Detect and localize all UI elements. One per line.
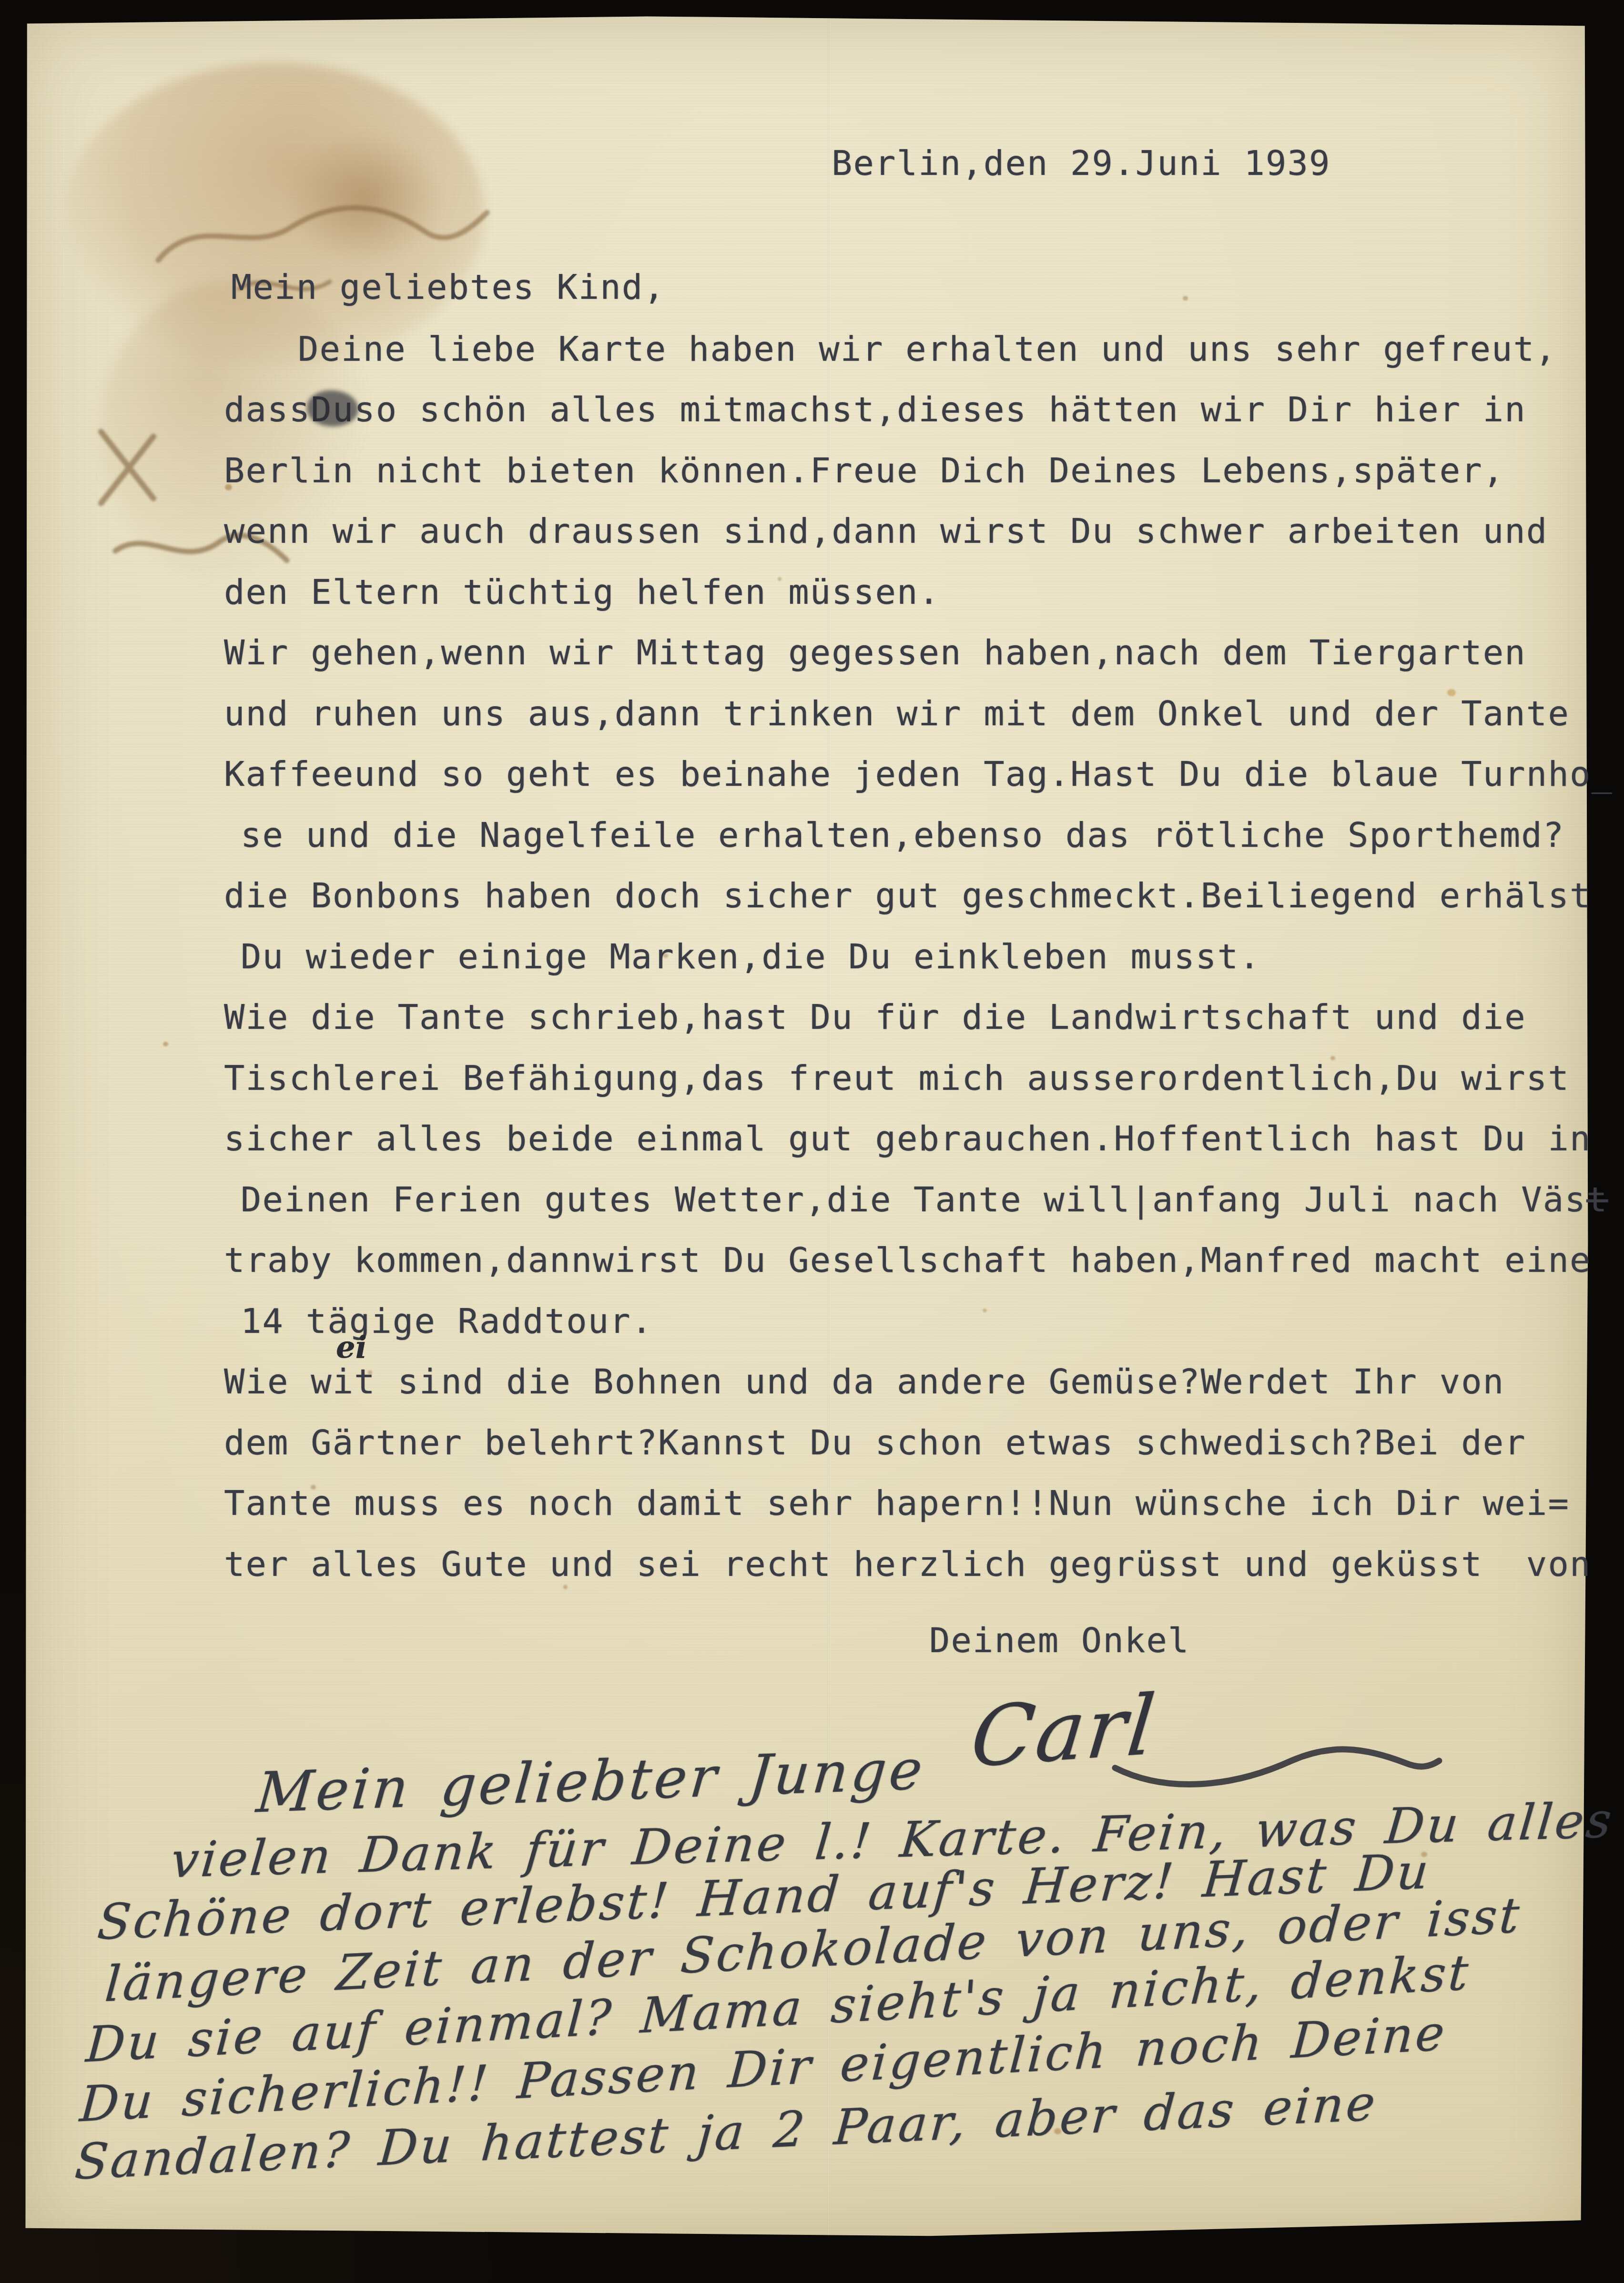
- overstrike-blot: Du: [311, 389, 354, 429]
- typed-line: Berlin nicht bieten können.Freue Dich De…: [224, 450, 1504, 490]
- typed-line: und ruhen uns aus,dann trinken wir mit d…: [224, 693, 1570, 733]
- signature: Carl: [967, 1676, 1161, 1786]
- foxing-spot: [1183, 296, 1188, 301]
- typed-line: Tante muss es noch damit sehr hapern!!Nu…: [224, 1483, 1570, 1523]
- typed-line: Deine liebe Karte haben wir erhalten und…: [298, 329, 1557, 369]
- typed-line: Kaffeeund so geht es beinahe jeden Tag.H…: [224, 754, 1613, 794]
- typed-line: se und die Nagelfeile erhalten,ebenso da…: [241, 815, 1564, 855]
- typed-line-segment: it sind die Bohnen und da andere Gemüse?…: [333, 1361, 1505, 1401]
- stain-top-left: [65, 62, 485, 367]
- typed-line: dem Gärtner belehrt?Kannst Du schon etwa…: [224, 1422, 1526, 1462]
- typed-line: sicher alles beide einmal gut gebrauchen…: [224, 1118, 1592, 1158]
- typed-line: den Eltern tüchtig helfen müssen.: [224, 572, 940, 612]
- typed-line: Du wieder einige Marken,die Du einkleben…: [241, 936, 1261, 976]
- foxing-spot: [563, 1585, 568, 1589]
- typed-closing: Deinem Onkel: [929, 1620, 1190, 1660]
- typed-line: 14 tägige Raddtour.: [241, 1301, 653, 1341]
- typed-line: dassDuso schön alles mitmachst,dieses hä…: [224, 389, 1526, 429]
- handwritten-correction: ei: [336, 1329, 367, 1365]
- typed-line: wenn wir auch draussen sind,dann wirst D…: [224, 511, 1548, 551]
- typed-line: Wie wit sind die Bohnen und da andere Ge…: [224, 1361, 1504, 1401]
- foxing-spot: [983, 1309, 987, 1312]
- stain-dark-spot: [287, 132, 444, 265]
- typed-line: Wie die Tante schrieb,hast Du für die La…: [224, 997, 1526, 1037]
- typed-line-segment: Deinen Ferien gutes Wetter,die Tante wil…: [241, 1179, 1586, 1219]
- ink-bleedthrough-marks: [139, 170, 501, 332]
- typed-line: Wir gehen,wenn wir Mittag gegessen haben…: [224, 632, 1526, 672]
- typed-line-segment: dass: [224, 389, 311, 429]
- typed-line: traby kommen,dannwirst Du Gesellschaft h…: [224, 1240, 1592, 1280]
- typed-line: die Bonbons haben doch sicher gut geschm…: [224, 875, 1592, 915]
- foxing-spot: [163, 1042, 168, 1046]
- typed-line-segment: so schön alles mitmachst,dieses hätten w…: [354, 389, 1526, 429]
- typed-line: ter alles Gute und sei recht herzlich ge…: [224, 1544, 1592, 1584]
- typed-salutation: Mein geliebtes Kind,: [231, 267, 665, 307]
- typed-line: Deinen Ferien gutes Wetter,die Tante wil…: [241, 1179, 1608, 1219]
- struck-character: t: [1586, 1179, 1608, 1219]
- typed-line-segment: Wie w: [224, 1361, 333, 1401]
- typed-line: Tischlerei Befähigung,das freut mich aus…: [224, 1058, 1570, 1098]
- dateline: Berlin,den 29.Juni 1939: [832, 143, 1331, 183]
